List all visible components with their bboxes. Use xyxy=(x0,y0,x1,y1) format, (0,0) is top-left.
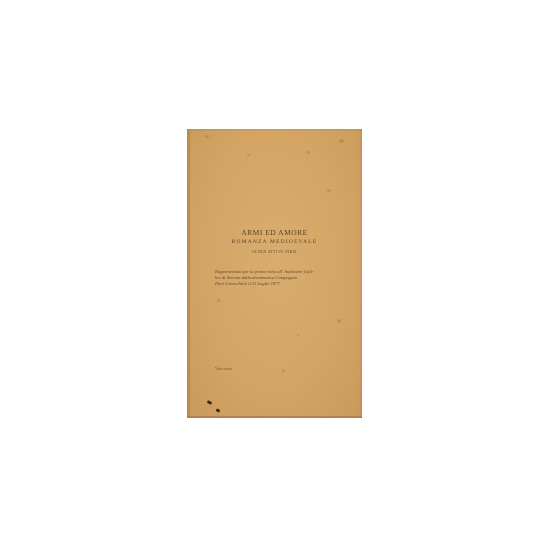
footer-text: Vincenzo xyxy=(215,366,233,371)
book-subtitle: ROMANZA MEDIOEVALE xyxy=(187,239,362,245)
foxing-spot xyxy=(327,189,331,192)
foxing-spot xyxy=(297,334,299,336)
page-left-edge xyxy=(187,129,190,418)
foxing-spot xyxy=(217,299,220,302)
foxing-spot xyxy=(247,154,250,156)
page-bottom-edge xyxy=(187,416,362,418)
acts-line: IN DUE ATTI IN VERSI xyxy=(187,250,362,254)
ink-blot xyxy=(216,408,221,413)
foxing-spot xyxy=(282,369,285,372)
foxing-spot xyxy=(307,151,310,154)
book-title: ARMI ED AMORE xyxy=(187,228,362,237)
book-page: ARMI ED AMORE ROMANZA MEDIOEVALE IN DUE … xyxy=(187,129,362,418)
foxing-spot xyxy=(205,135,209,138)
ink-blot xyxy=(207,400,213,405)
foxing-spot xyxy=(337,319,341,323)
foxing-spot xyxy=(339,139,344,143)
performance-note-line: Pieri-Cavicchioli il 21 Luglio 1877 xyxy=(215,281,345,288)
